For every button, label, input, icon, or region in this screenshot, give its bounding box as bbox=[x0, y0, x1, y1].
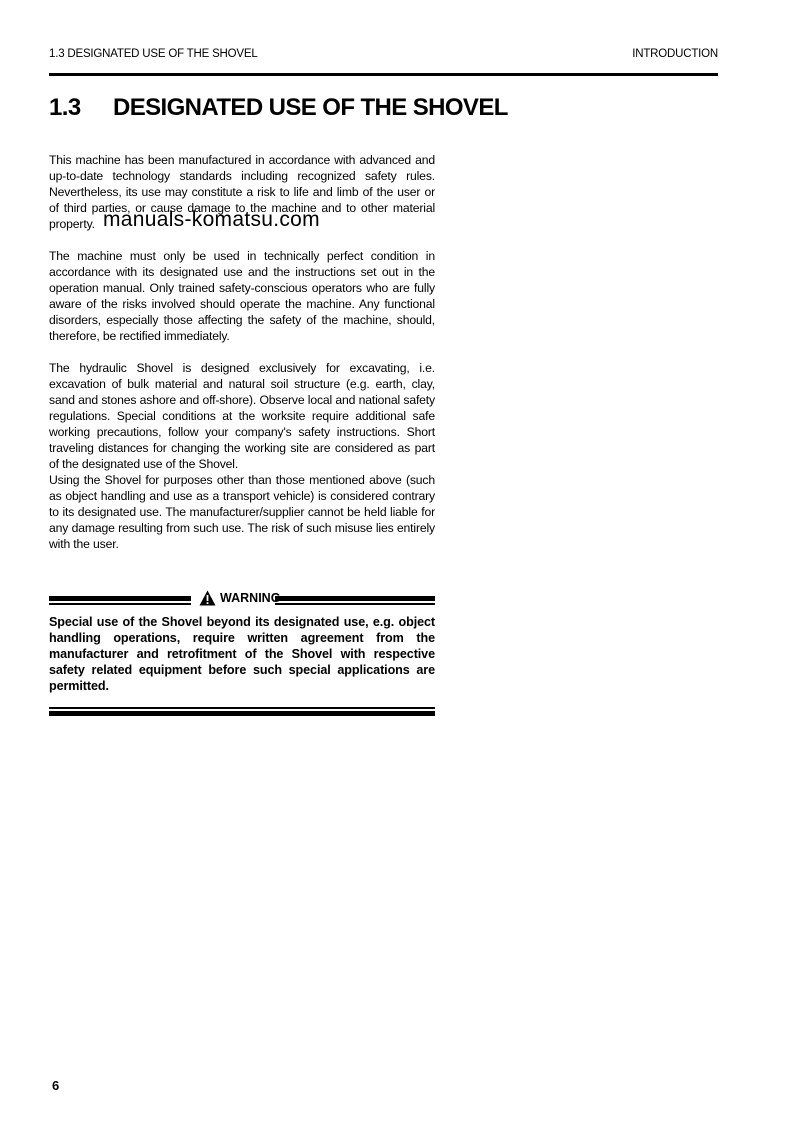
header-chapter-title: INTRODUCTION bbox=[632, 48, 718, 60]
warning-label: WARNING bbox=[199, 590, 280, 606]
warning-text: Special use of the Shovel beyond its des… bbox=[49, 614, 435, 694]
warning-rule-right bbox=[275, 596, 435, 605]
watermark: manuals-komatsu.com bbox=[103, 208, 320, 232]
paragraph-4: Using the Shovel for purposes other than… bbox=[49, 472, 435, 552]
section-number: 1.3 bbox=[49, 94, 113, 122]
warning-rule-left bbox=[49, 596, 191, 605]
section-title: DESIGNATED USE OF THE SHOVEL bbox=[113, 94, 508, 121]
paragraph-2: The machine must only be used in technic… bbox=[49, 248, 435, 344]
page-number: 6 bbox=[52, 1078, 59, 1093]
warning-footer-rule bbox=[49, 707, 435, 716]
paragraph-3: The hydraulic Shovel is designed exclusi… bbox=[49, 360, 435, 472]
header-section-title: 1.3 DESIGNATED USE OF THE SHOVEL bbox=[49, 48, 258, 60]
warning-label-text: WARNING bbox=[220, 591, 280, 605]
warning-box: WARNING Special use of the Shovel beyond… bbox=[49, 590, 435, 716]
page-title: 1.3DESIGNATED USE OF THE SHOVEL bbox=[49, 94, 508, 122]
header-divider bbox=[49, 73, 718, 76]
running-header: 1.3 DESIGNATED USE OF THE SHOVEL INTRODU… bbox=[49, 48, 718, 62]
warning-header: WARNING bbox=[49, 590, 435, 608]
warning-triangle-icon bbox=[199, 590, 216, 606]
